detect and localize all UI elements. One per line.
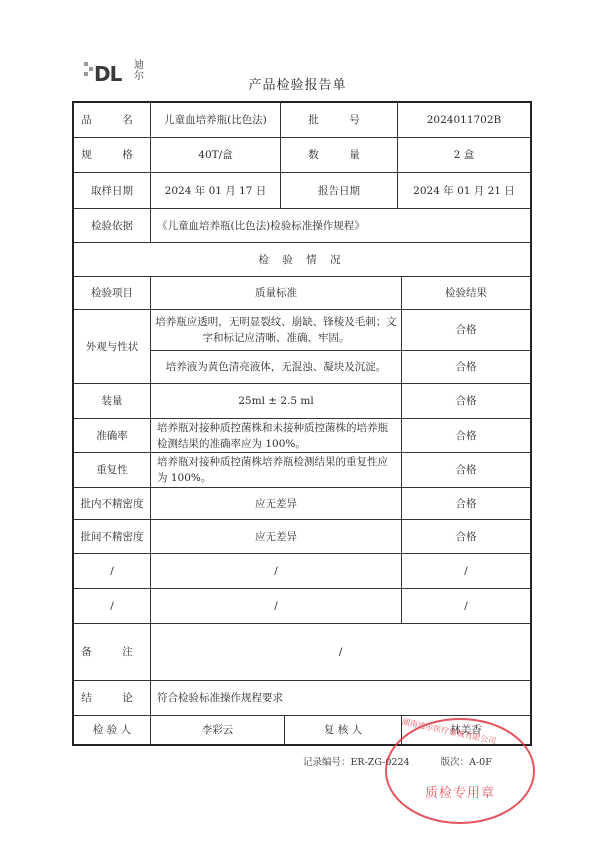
- logo-cn-1: 迪: [134, 60, 144, 71]
- standard-inter-batch-imprecision: 应无差异: [151, 520, 402, 554]
- result-empty-2: /: [402, 589, 530, 624]
- inspector-name: 李彩云: [151, 716, 285, 744]
- standard-empty-2: /: [151, 589, 402, 624]
- product-name-label: 品 名: [74, 103, 151, 138]
- logo-pixel: [89, 67, 93, 71]
- standard-accuracy: 培养瓶对接种质控菌株和未接种质控菌株的培养瓶检测结果的准确率应为 100%。: [151, 419, 402, 453]
- column-header-item: 检验项目: [74, 277, 151, 310]
- report-table: 品 名 儿童血培养瓶(比色法) 批 号 2024011702B 规 格 40T/…: [72, 101, 532, 746]
- logo-pixel: [84, 62, 88, 66]
- product-name-value: 儿童血培养瓶(比色法): [151, 103, 281, 138]
- remarks-label: 备 注: [74, 624, 151, 681]
- item-accuracy: 准确率: [74, 419, 151, 453]
- standard-empty-1: /: [151, 554, 402, 589]
- remarks-value: /: [151, 624, 530, 681]
- column-header-result: 检验结果: [402, 277, 530, 310]
- spec-value: 40T/盒: [151, 138, 281, 173]
- item-empty-1: /: [74, 554, 151, 589]
- item-repeatability: 重复性: [74, 453, 151, 488]
- sampling-date-value: 2024 年 01 月 17 日: [151, 173, 281, 209]
- quality-inspection-seal: 湖南迪尔医疗器械有限公司 质检专用章: [385, 718, 535, 824]
- result-inter-batch-imprecision: 合格: [402, 520, 530, 554]
- conclusion-label: 结 论: [74, 681, 151, 716]
- standard-appearance-1: 培养瓶应透明，无明显裂纹、崩缺、锋棱及毛刺；文字和标记应清晰、准确、牢固。: [151, 310, 402, 351]
- result-accuracy: 合格: [402, 419, 530, 453]
- result-appearance-1: 合格: [402, 310, 530, 351]
- result-fill-volume: 合格: [402, 384, 530, 419]
- result-appearance-2: 合格: [402, 351, 530, 384]
- section-title: 检 验 情 况: [74, 243, 530, 277]
- basis-label: 检验依据: [74, 209, 151, 243]
- standard-appearance-2: 培养液为黄色清亮液体，无混浊、凝块及沉淀。: [151, 351, 402, 384]
- batch-label: 批 号: [281, 103, 398, 138]
- sampling-date-label: 取样日期: [74, 173, 151, 209]
- seal-text: 质检专用章: [387, 782, 533, 801]
- standard-repeatability: 培养瓶对接种质控菌株培养瓶检测结果的重复性应为 100%。: [151, 453, 402, 488]
- item-intra-batch-imprecision: 批内不精密度: [74, 488, 151, 520]
- batch-value: 2024011702B: [398, 103, 530, 138]
- basis-value: 《儿童血培养瓶(比色法)检验标准操作规程》: [151, 209, 530, 243]
- item-inter-batch-imprecision: 批间不精密度: [74, 520, 151, 554]
- inspector-label: 检 验 人: [74, 716, 151, 744]
- item-empty-2: /: [74, 589, 151, 624]
- report-date-value: 2024 年 01 月 21 日: [398, 173, 530, 209]
- standard-intra-batch-imprecision: 应无差异: [151, 488, 402, 520]
- item-fill-volume: 装量: [74, 384, 151, 419]
- report-date-label: 报告日期: [281, 173, 398, 209]
- conclusion-value: 符合检验标准操作规程要求: [151, 681, 530, 716]
- result-repeatability: 合格: [402, 453, 530, 488]
- item-appearance: 外观与性状: [74, 310, 151, 384]
- result-intra-batch-imprecision: 合格: [402, 488, 530, 520]
- seal-ring-text: 湖南迪尔医疗器械有限公司: [401, 716, 497, 747]
- spec-label: 规 格: [74, 138, 151, 173]
- page-title: 产品检验报告单: [0, 74, 595, 93]
- result-empty-1: /: [402, 554, 530, 589]
- reviewer-label: 复 核 人: [285, 716, 402, 744]
- quantity-value: 2 盒: [398, 138, 530, 173]
- column-header-standard: 质量标准: [151, 277, 402, 310]
- quantity-label: 数 量: [281, 138, 398, 173]
- standard-fill-volume: 25ml ± 2.5 ml: [151, 384, 402, 419]
